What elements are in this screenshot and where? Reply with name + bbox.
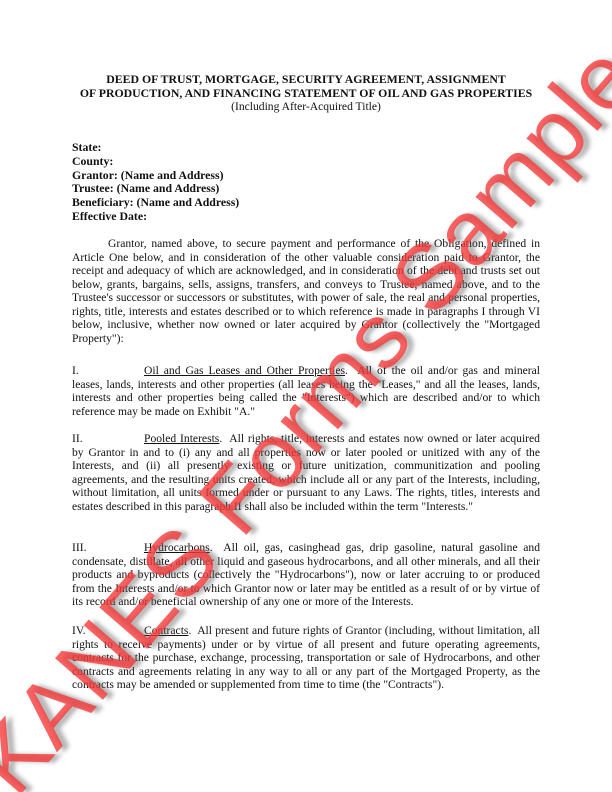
field-grantor: Grantor: (Name and Address) <box>72 169 239 183</box>
heading-period: . <box>188 624 191 637</box>
document-subtitle: (Including After-Acquired Title) <box>40 100 572 114</box>
header-fields: State: County: Grantor: (Name and Addres… <box>72 141 239 224</box>
document-title-block: DEED OF TRUST, MORTGAGE, SECURITY AGREEM… <box>40 72 572 114</box>
section-3: III.Hydrocarbons. All oil, gas, casinghe… <box>72 541 540 609</box>
field-state: State: <box>72 141 239 155</box>
document-title-line-1: DEED OF TRUST, MORTGAGE, SECURITY AGREEM… <box>40 72 572 86</box>
section-number: II. <box>72 432 122 446</box>
heading-period: . <box>345 364 348 377</box>
section-heading: Oil and Gas Leases and Other Properties <box>144 364 345 377</box>
section-number: III. <box>72 541 122 555</box>
document-title-line-2: OF PRODUCTION, AND FINANCING STATEMENT O… <box>40 86 572 100</box>
section-heading: Hydrocarbons <box>144 541 210 554</box>
section-1: I.Oil and Gas Leases and Other Propertie… <box>72 364 540 418</box>
section-number: IV. <box>72 624 122 638</box>
heading-period: . <box>210 541 213 554</box>
section-4: IV.Contracts. All present and future rig… <box>72 624 540 692</box>
intro-paragraph: Grantor, named above, to secure payment … <box>72 237 540 345</box>
section-heading: Contracts <box>144 624 188 637</box>
intro-text: Grantor, named above, to secure payment … <box>72 237 540 345</box>
heading-period: . <box>219 432 222 445</box>
field-county: County: <box>72 155 239 169</box>
field-effective-date: Effective Date: <box>72 210 239 224</box>
field-trustee: Trustee: (Name and Address) <box>72 182 239 196</box>
field-beneficiary: Beneficiary: (Name and Address) <box>72 196 239 210</box>
document-page: DEED OF TRUST, MORTGAGE, SECURITY AGREEM… <box>0 0 612 792</box>
section-number: I. <box>72 364 122 378</box>
section-heading: Pooled Interests <box>144 432 219 445</box>
section-2: II.Pooled Interests. All rights, title, … <box>72 432 540 513</box>
